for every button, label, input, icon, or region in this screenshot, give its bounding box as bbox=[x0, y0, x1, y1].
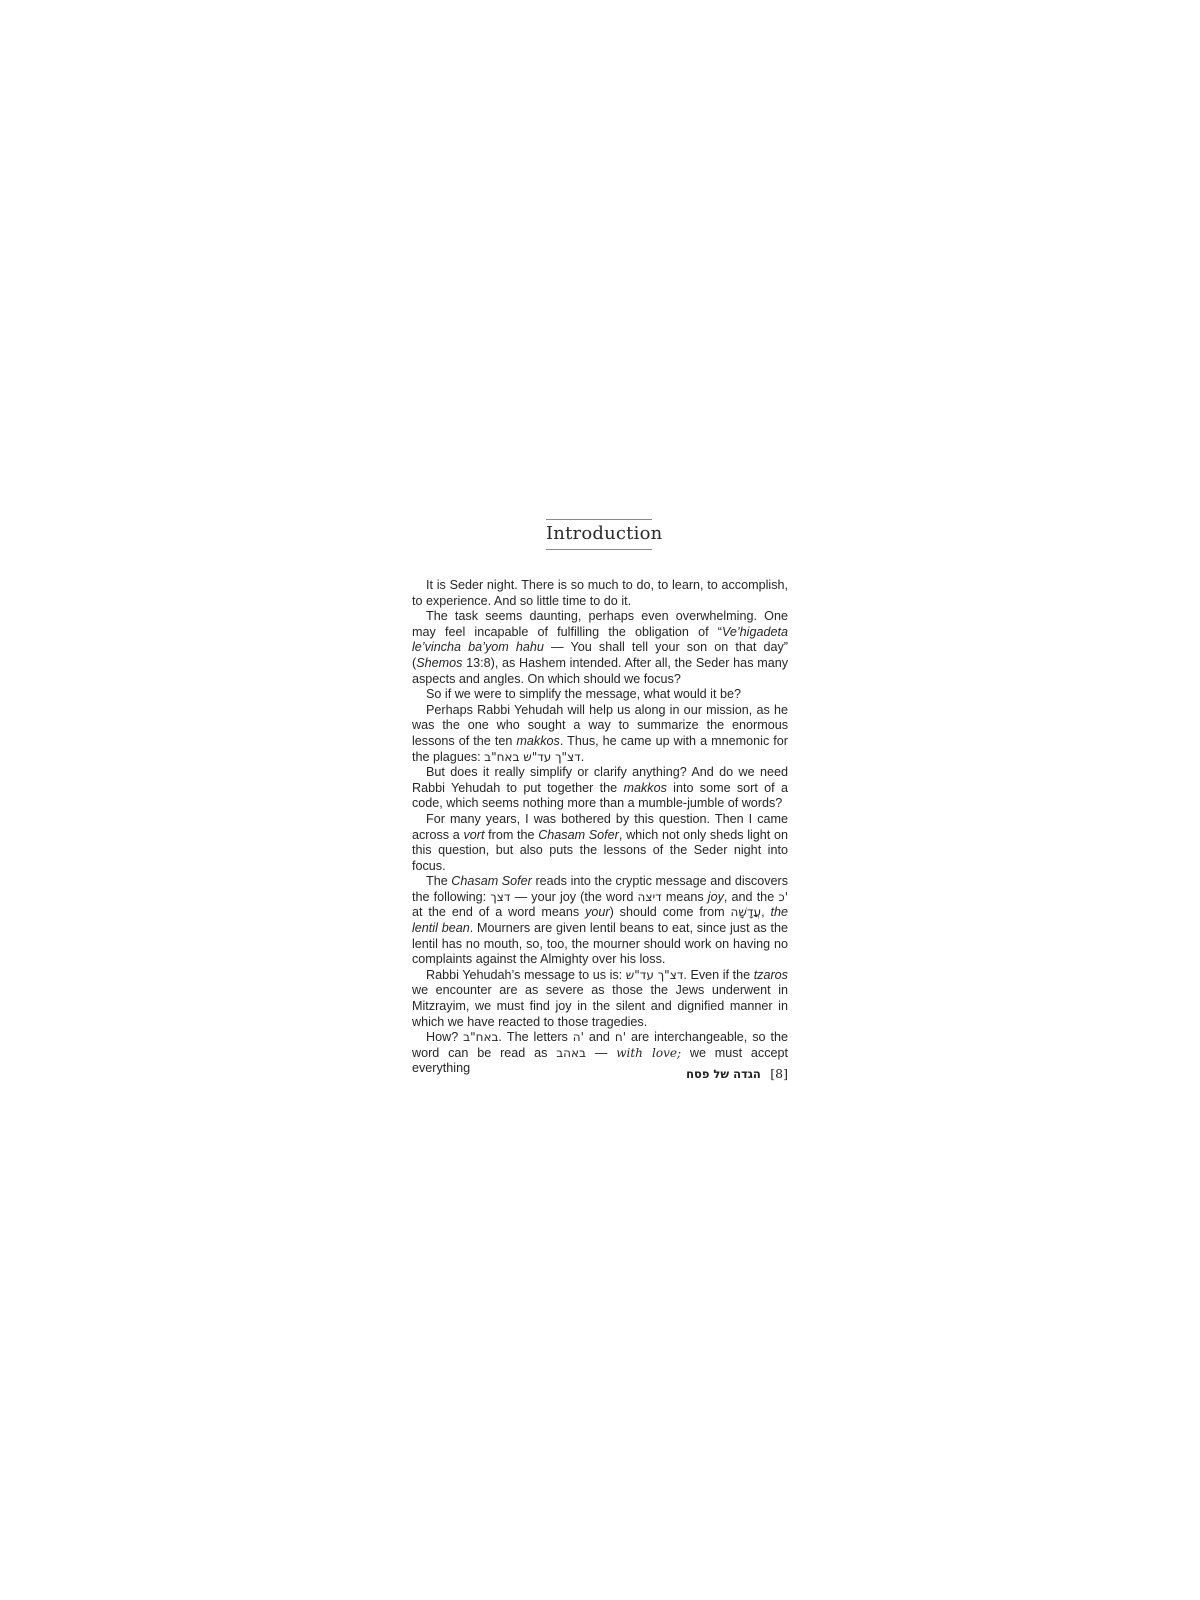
body-text: It is Seder night. There is so much to d… bbox=[412, 578, 788, 1077]
paragraph: For many years, I was bothered by this q… bbox=[412, 812, 788, 874]
paragraph: The task seems daunting, perhaps even ov… bbox=[412, 609, 788, 687]
paragraph: So if we were to simplify the message, w… bbox=[412, 687, 788, 703]
source-reference: Shemos bbox=[416, 656, 462, 670]
page-number: [8] bbox=[770, 1066, 788, 1081]
paragraph: Perhaps Rabbi Yehudah will help us along… bbox=[412, 703, 788, 765]
paragraph: It is Seder night. There is so much to d… bbox=[412, 578, 788, 609]
paragraph: Rabbi Yehudah’s message to us is: דצ"ך ע… bbox=[412, 968, 788, 1030]
paragraph: But does it really simplify or clarify a… bbox=[412, 765, 788, 812]
page-footer: הגדה של פסח [8] bbox=[650, 1066, 788, 1081]
hebrew-mnemonic: דצ"ך עד"ש באח"ב bbox=[484, 750, 581, 764]
chapter-title: Introduction bbox=[546, 523, 652, 545]
chapter-title-block: Introduction bbox=[546, 519, 652, 550]
paragraph: The Chasam Sofer reads into the cryptic … bbox=[412, 874, 788, 968]
running-book-title: הגדה של פסח bbox=[686, 1067, 761, 1081]
